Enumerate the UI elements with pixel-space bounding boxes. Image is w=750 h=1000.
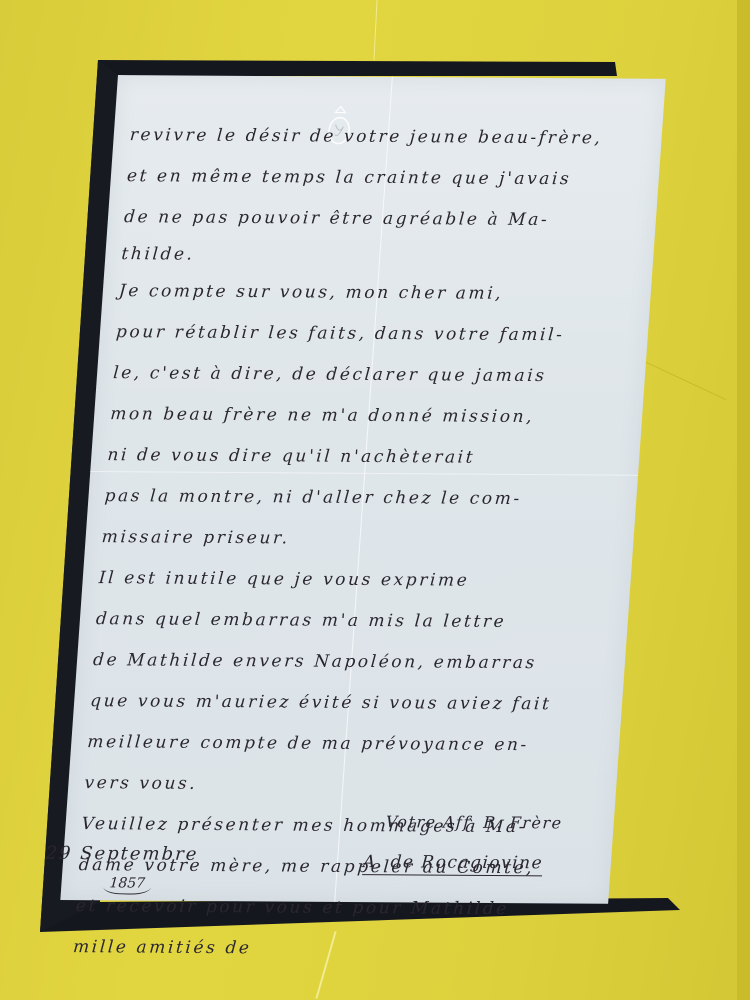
- date-year: 1857: [103, 875, 152, 894]
- date-day-month: 29 Septembre: [45, 843, 199, 865]
- letter-line: mille amitiés de: [72, 927, 600, 972]
- signature: A. de Rocagiovine: [362, 852, 544, 876]
- letter-paper: embossed crest revivre le désir de votre…: [60, 75, 665, 904]
- letter-sheet: embossed crest revivre le désir de votre…: [0, 0, 750, 1000]
- signoff: Votre Aff. B. Frère: [385, 812, 563, 832]
- letter-closing: Votre Aff. B. Frère A. de Rocagiovine 29…: [60, 75, 665, 904]
